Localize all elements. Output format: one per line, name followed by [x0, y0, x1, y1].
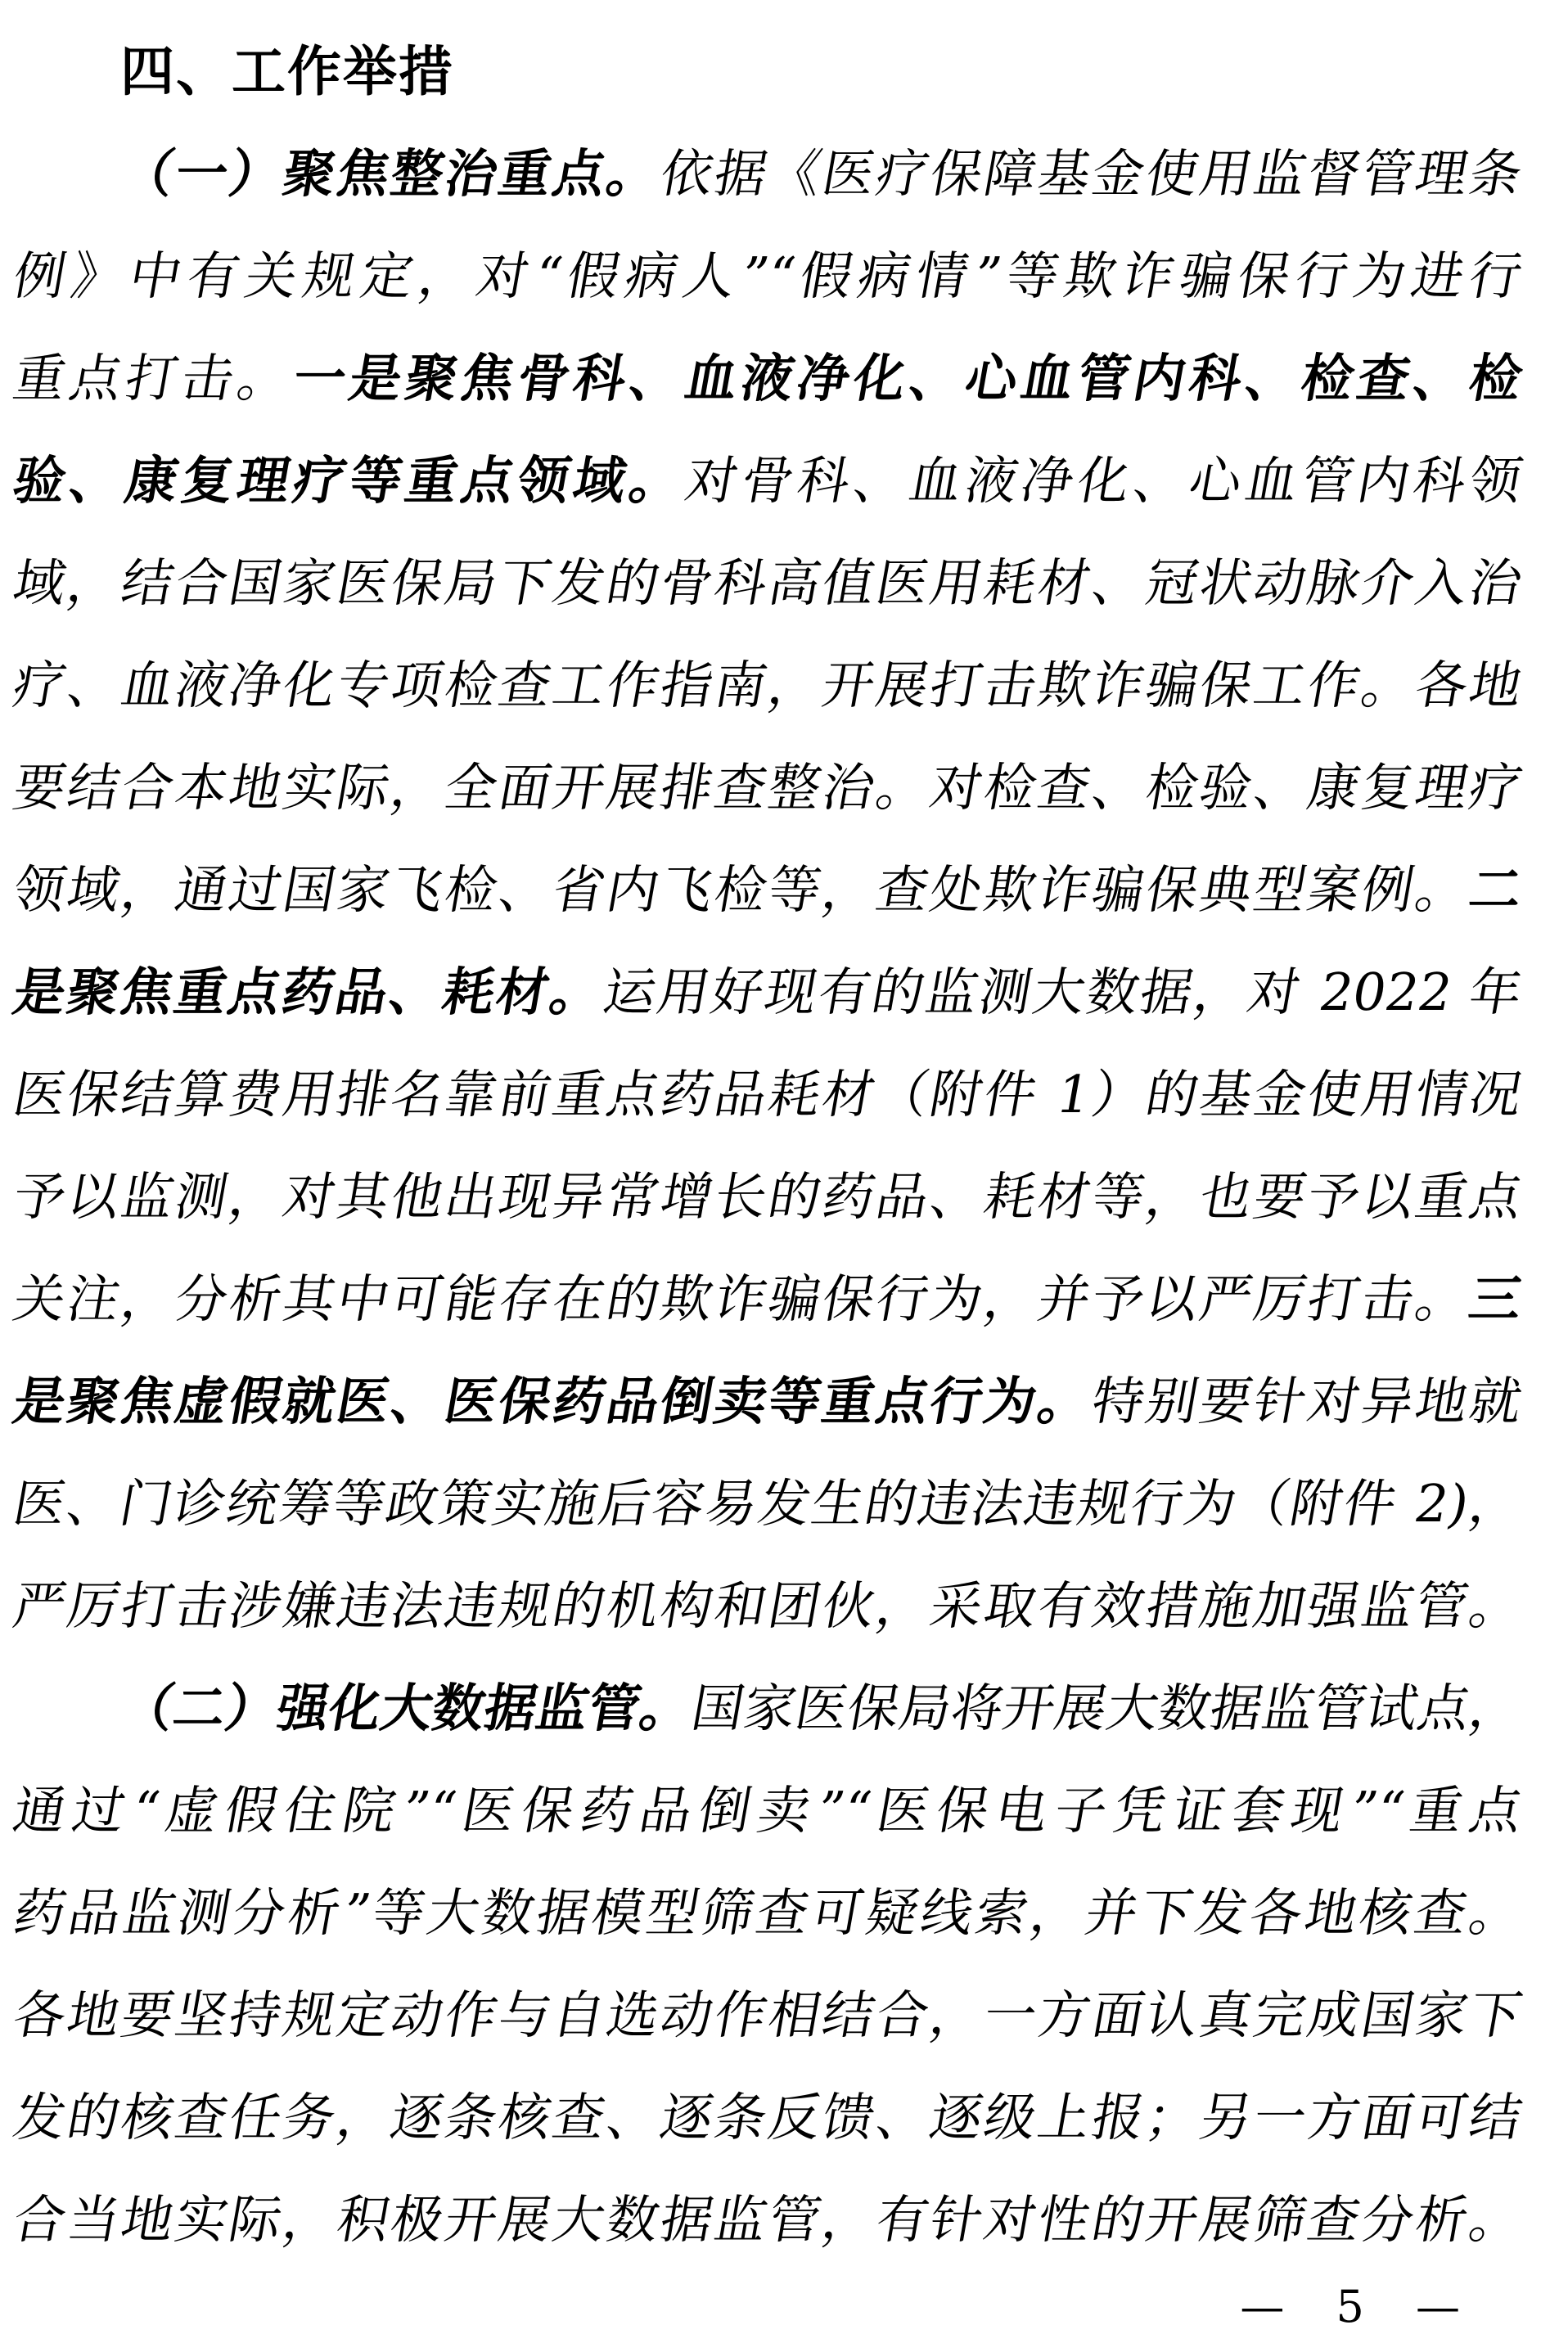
text-line: 予以监测，对其他出现异常增长的药品、耗材等，也要予以重点 — [5, 1146, 1530, 1248]
text-line: （一）聚焦整治重点。依据《医疗保障基金使用监督管理条 — [5, 123, 1530, 225]
text-run: 各地要坚持规定动作与自选动作相结合，一方面认真完成国家下 — [9, 1985, 1527, 2045]
text-run: 医保结算费用排名靠前重点药品耗材（附件 1）的基金使用情况 — [9, 1065, 1527, 1124]
text-line: 合当地实际，积极开展大数据监管，有针对性的开展筛查分析。 — [5, 2169, 1530, 2271]
bold-text-run: 一是聚焦骨科、血液净化、心血管内科、检查、检 — [289, 348, 1527, 408]
text-run: 疗、血液净化专项检查工作指南，开展打击欺诈骗保工作。各地 — [9, 656, 1527, 715]
text-line: （二）强化大数据监管。国家医保局将开展大数据监管试点， — [5, 1657, 1530, 1759]
text-run: 例》中有关规定，对“假病人”“假病情”等欺诈骗保行为进行 — [9, 246, 1527, 306]
text-block: 四、工作举措 （一）聚焦整治重点。依据《医疗保障基金使用监督管理条例》中有关规定… — [12, 20, 1520, 2271]
text-run: 严厉打击涉嫌违法违规的机构和团伙，采取有效措施加强监管。 — [9, 1576, 1527, 1636]
text-run: 关注，分析其中可能存在的欺诈骗保行为，并予以严厉打击。 — [9, 1269, 1476, 1329]
text-line: 重点打击。一是聚焦骨科、血液净化、心血管内科、检查、检 — [5, 327, 1530, 430]
text-line: 验、康复理疗等重点领域。对骨科、血液净化、心血管内科领 — [5, 430, 1530, 532]
bold-text-run: （一）聚焦整治重点。 — [117, 143, 667, 204]
text-run: 药品监测分析”等大数据模型筛查可疑线索，并下发各地核查。 — [9, 1883, 1527, 1943]
bold-text-run: 三 — [1465, 1268, 1527, 1329]
bold-text-run: 是聚焦虚假就医、医保药品倒卖等重点行为。 — [9, 1371, 1098, 1431]
text-run: 域，结合国家医保局下发的骨科高值医用耗材、冠状动脉介入治 — [9, 553, 1527, 613]
bold-text-run: 二 — [1465, 859, 1527, 920]
text-line: 疗、血液净化专项检查工作指南，开展打击欺诈骗保工作。各地 — [5, 634, 1530, 737]
text-line: 通过“虚假住院”“医保药品倒卖”“医保电子凭证套现”“重点 — [5, 1759, 1530, 1862]
text-run: 领域，通过国家飞检、省内飞检等，查处欺诈骗保典型案例。 — [9, 860, 1476, 920]
text-line: 发的核查任务，逐条核查、逐条反馈、逐级上报；另一方面可结 — [5, 2066, 1530, 2169]
text-run: 运用好现有的监测大数据，对 2022 年 — [599, 962, 1527, 1022]
text-line: 各地要坚持规定动作与自选动作相结合，一方面认真完成国家下 — [5, 1964, 1530, 2066]
text-run: 合当地实际，积极开展大数据监管，有针对性的开展筛查分析。 — [9, 2190, 1527, 2250]
page-number: — 5 — — [1240, 2281, 1468, 2332]
text-line: 是聚焦虚假就医、医保药品倒卖等重点行为。特别要针对异地就 — [5, 1350, 1530, 1453]
text-line: 要结合本地实际，全面开展排查整治。对检查、检验、康复理疗 — [5, 737, 1530, 839]
text-run: 发的核查任务，逐条核查、逐条反馈、逐级上报；另一方面可结 — [9, 2088, 1527, 2147]
bold-text-run: 是聚焦重点药品、耗材。 — [9, 962, 610, 1022]
text-line: 严厉打击涉嫌违法违规的机构和团伙，采取有效措施加强监管。 — [5, 1555, 1530, 1657]
text-run: 依据《医疗保障基金使用监督管理条 — [656, 144, 1527, 204]
text-run: 要结合本地实际，全面开展排查整治。对检查、检验、康复理疗 — [9, 758, 1527, 818]
text-run: 重点打击。 — [9, 349, 300, 408]
text-line: 例》中有关规定，对“假病人”“假病情”等欺诈骗保行为进行 — [5, 225, 1530, 327]
text-line: 药品监测分析”等大数据模型筛查可疑线索，并下发各地核查。 — [5, 1862, 1530, 1964]
document-page: 四、工作举措 （一）聚焦整治重点。依据《医疗保障基金使用监督管理条例》中有关规定… — [0, 0, 1568, 2352]
text-run: 通过“虚假住院”“医保药品倒卖”“医保电子凭证套现”“重点 — [9, 1781, 1527, 1841]
section-heading: 四、工作举措 — [12, 20, 1520, 123]
text-line: 是聚焦重点药品、耗材。运用好现有的监测大数据，对 2022 年 — [5, 941, 1530, 1043]
text-line: 医、门诊统筹等政策实施后容易发生的违法违规行为（附件 2)， — [5, 1453, 1530, 1555]
text-run: 特别要针对异地就 — [1088, 1372, 1527, 1431]
text-run: 对骨科、血液净化、心血管内科领 — [681, 451, 1527, 511]
text-line: 关注，分析其中可能存在的欺诈骗保行为，并予以严厉打击。三 — [5, 1248, 1530, 1350]
bold-text-run: （二）强化大数据监管。 — [117, 1678, 698, 1738]
text-run: 医、门诊统筹等政策实施后容易发生的违法违规行为（附件 2)， — [9, 1474, 1527, 1534]
text-run: 予以监测，对其他出现异常增长的药品、耗材等，也要予以重点 — [9, 1167, 1527, 1227]
text-line: 领域，通过国家飞检、省内飞检等，查处欺诈骗保典型案例。二 — [5, 839, 1530, 941]
text-line: 医保结算费用排名靠前重点药品耗材（附件 1）的基金使用情况 — [5, 1043, 1530, 1146]
text-run: 国家医保局将开展大数据监管试点， — [687, 1678, 1527, 1738]
bold-text-run: 验、康复理疗等重点领域。 — [9, 450, 692, 511]
text-lines: （一）聚焦整治重点。依据《医疗保障基金使用监督管理条例》中有关规定，对“假病人”… — [12, 123, 1520, 2271]
text-line: 域，结合国家医保局下发的骨科高值医用耗材、冠状动脉介入治 — [5, 532, 1530, 634]
